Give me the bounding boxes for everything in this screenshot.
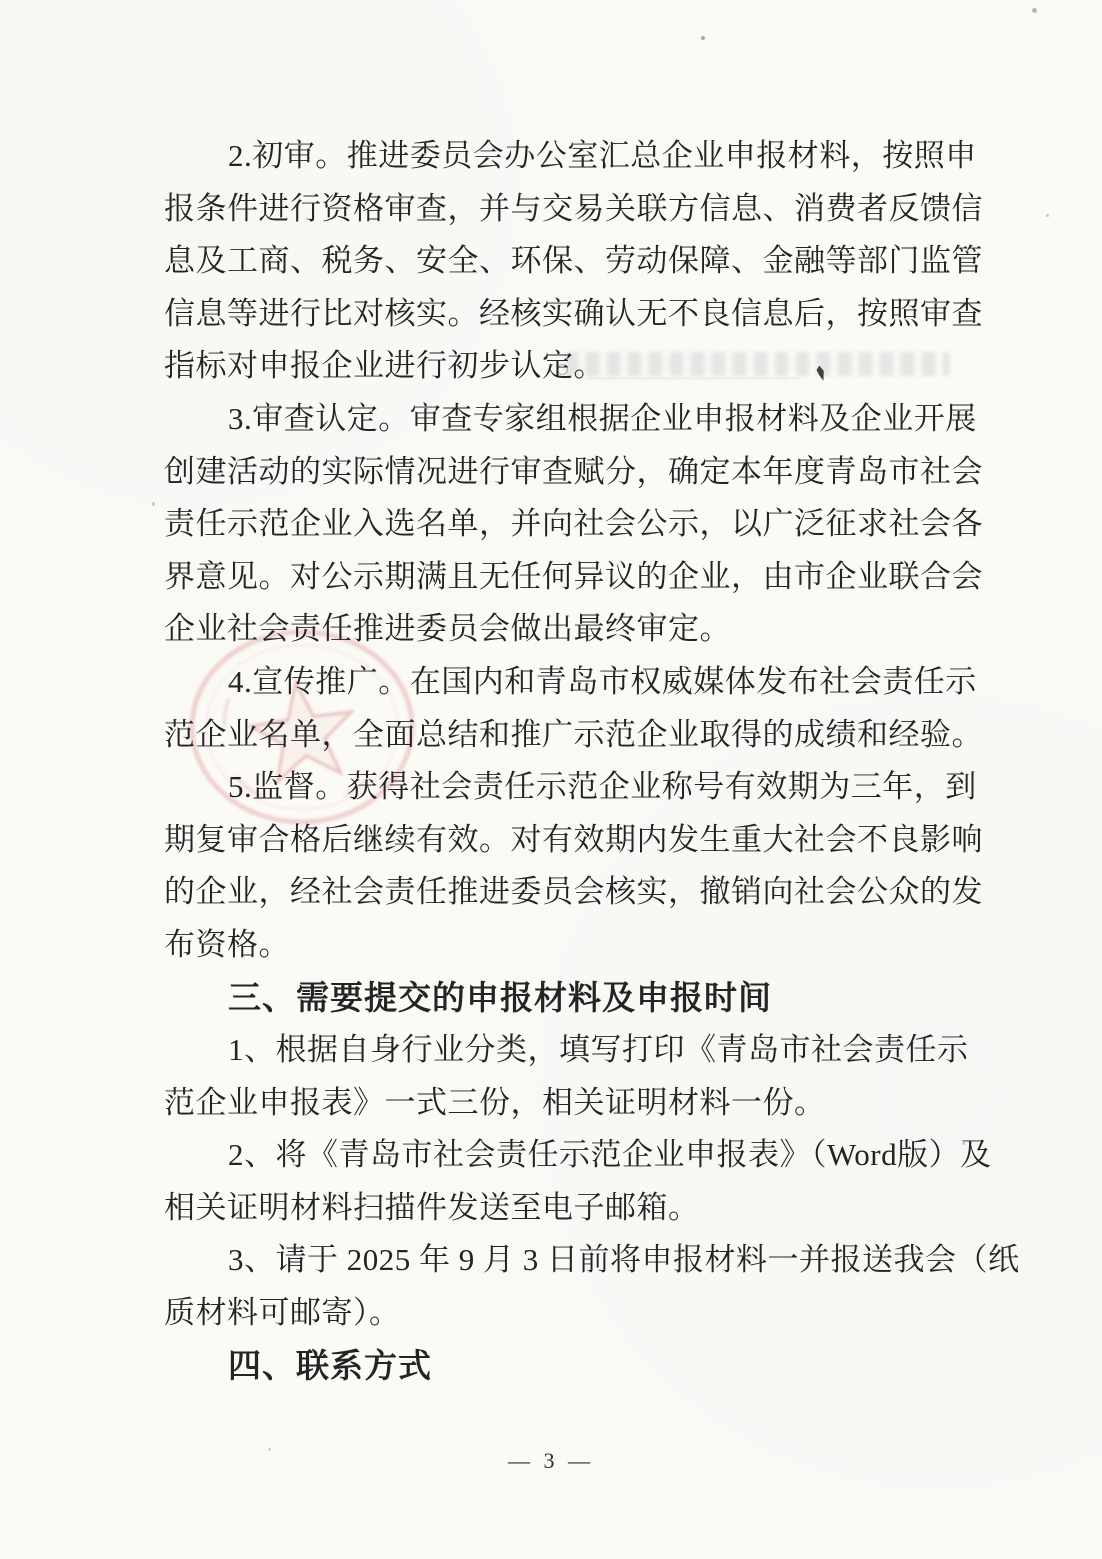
text-line: 相关证明材料扫描件发送至电子邮箱。 (164, 1182, 958, 1235)
text-line: 3.审查认定。审查专家组根据企业申报材料及企业开展 (164, 393, 958, 446)
text-line: 指标对申报企业进行初步认定。 (164, 340, 958, 393)
text-line: 2.初审。推进委员会办公室汇总企业申报材料，按照申 (164, 130, 958, 183)
document-body: 2.初审。推进委员会办公室汇总企业申报材料，按照申 报条件进行资格审查，并与交易… (164, 130, 958, 1392)
text-line: 2、将《青岛市社会责任示范企业申报表》（Word版）及 (164, 1129, 958, 1182)
text-line: 息及工商、税务、安全、环保、劳动保障、金融等部门监管 (164, 235, 958, 288)
text-line: 范企业名单，全面总结和推广示范企业取得的成绩和经验。 (164, 709, 958, 762)
section-heading: 四、联系方式 (164, 1340, 958, 1393)
text-line: 期复审合格后继续有效。对有效期内发生重大社会不良影响 (164, 814, 958, 867)
page-number: — 3 — (0, 1448, 1102, 1474)
text-line: 布资格。 (164, 919, 958, 972)
text-line: 责任示范企业入选名单，并向社会公示，以广泛征求社会各 (164, 498, 958, 551)
text-line: 企业社会责任推进委员会做出最终审定。 (164, 603, 958, 656)
text-line: 的企业，经社会责任推进委员会核实，撤销向社会公众的发 (164, 866, 958, 919)
text-line: 范企业申报表》一式三份，相关证明材料一份。 (164, 1077, 958, 1130)
text-line: 3、请于 2025 年 9 月 3 日前将申报材料一并报送我会（纸 (164, 1234, 958, 1287)
text-line: 创建活动的实际情况进行审查赋分，确定本年度青岛市社会 (164, 446, 958, 499)
text-line: 1、根据自身行业分类，填写打印《青岛市社会责任示 (164, 1024, 958, 1077)
scan-speck (1032, 8, 1037, 13)
text-line: 信息等进行比对核实。经核实确认无不良信息后，按照审查 (164, 288, 958, 341)
text-line: 4.宣传推广。在国内和青岛市权威媒体发布社会责任示 (164, 656, 958, 709)
text-line: 5.监督。获得社会责任示范企业称号有效期为三年，到 (164, 761, 958, 814)
section-heading: 三、需要提交的申报材料及申报时间 (164, 972, 958, 1025)
document-page: 2.初审。推进委员会办公室汇总企业申报材料，按照申 报条件进行资格审查，并与交易… (0, 0, 1102, 1559)
scan-speck (1046, 214, 1049, 217)
text-line: 质材料可邮寄）。 (164, 1287, 958, 1340)
text-line: 报条件进行资格审查，并与交易关联方信息、消费者反馈信 (164, 183, 958, 236)
scan-speck (152, 502, 155, 506)
text-line: 界意见。对公示期满且无任何异议的企业，由市企业联合会 (164, 551, 958, 604)
scan-speck (701, 36, 705, 40)
